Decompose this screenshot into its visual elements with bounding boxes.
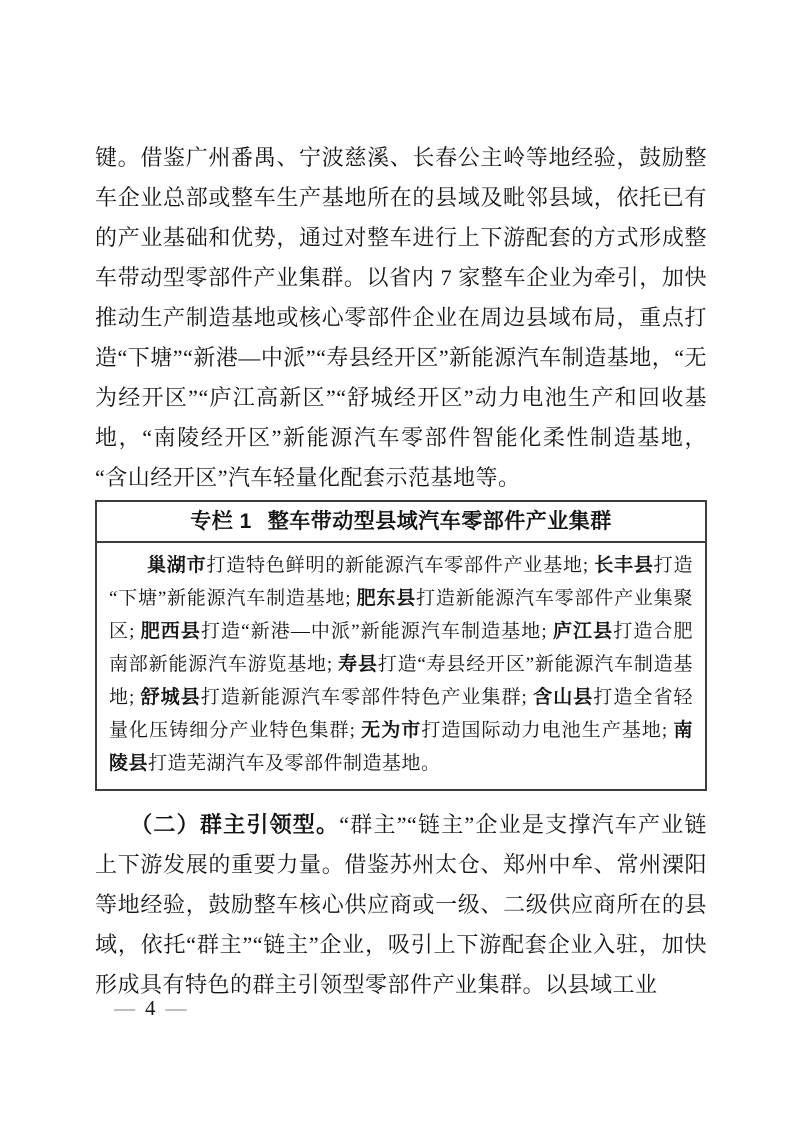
page-number-value: 4: [145, 996, 156, 1020]
body-text: “群主”“链主”企业是支撑汽车产业链上下游发展的重要力量。借鉴苏州太仓、郑州中牟…: [95, 812, 707, 997]
callout-box-title: 专栏 1整车带动型县域汽车零部件产业集群: [97, 502, 705, 543]
emphasis-text: 长丰县: [594, 555, 653, 576]
page-content: 键。借鉴广州番禺、宁波慈溪、长春公主岭等地经验，鼓励整车企业总部或整车生产基地所…: [95, 138, 707, 1005]
page-number-dash-left: —: [114, 996, 135, 1020]
emphasis-text: 舒城县: [141, 687, 201, 708]
callout-box-label: 专栏 1: [190, 510, 252, 533]
body-text: 打造芜湖汽车及零部件制造基地。: [148, 753, 441, 774]
emphasis-text: 肥西县: [141, 621, 201, 642]
emphasis-text: 寿县: [338, 654, 378, 675]
body-text: 打造新能源汽车零部件特色产业集群;: [201, 687, 533, 708]
page-number-dash-right: —: [166, 996, 187, 1020]
callout-box: 专栏 1整车带动型县域汽车零部件产业集群 巢湖市打造特色鲜明的新能源汽车零部件产…: [95, 500, 707, 791]
emphasis-text: 无为市: [361, 720, 421, 741]
page-number: —4—: [114, 995, 187, 1021]
document-page: 键。借鉴广州番禺、宁波慈溪、长春公主岭等地经验，鼓励整车企业总部或整车生产基地所…: [0, 0, 793, 1122]
body-text: 打造“新港—中派”新能源汽车制造基地;: [201, 621, 553, 642]
emphasis-text: 巢湖市: [147, 555, 206, 576]
emphasis-text: 肥东县: [357, 588, 416, 609]
emphasis-text: （二）群主引领型。: [130, 812, 339, 837]
emphasis-text: 庐江县: [553, 621, 613, 642]
callout-box-heading: 整车带动型县域汽车零部件产业集群: [268, 510, 612, 533]
paragraph-1: 键。借鉴广州番禺、宁波慈溪、长春公主岭等地经验，鼓励整车企业总部或整车生产基地所…: [95, 138, 707, 498]
paragraph-2: （二）群主引领型。“群主”“链主”企业是支撑汽车产业链上下游发展的重要力量。借鉴…: [95, 805, 707, 1005]
emphasis-text: 含山县: [533, 687, 593, 708]
body-text: 打造特色鲜明的新能源汽车零部件产业基地;: [206, 555, 594, 576]
callout-box-body: 巢湖市打造特色鲜明的新能源汽车零部件产业基地; 长丰县打造“下塘”新能源汽车制造…: [97, 543, 705, 789]
body-text: 打造国际动力电池生产基地;: [421, 720, 673, 741]
